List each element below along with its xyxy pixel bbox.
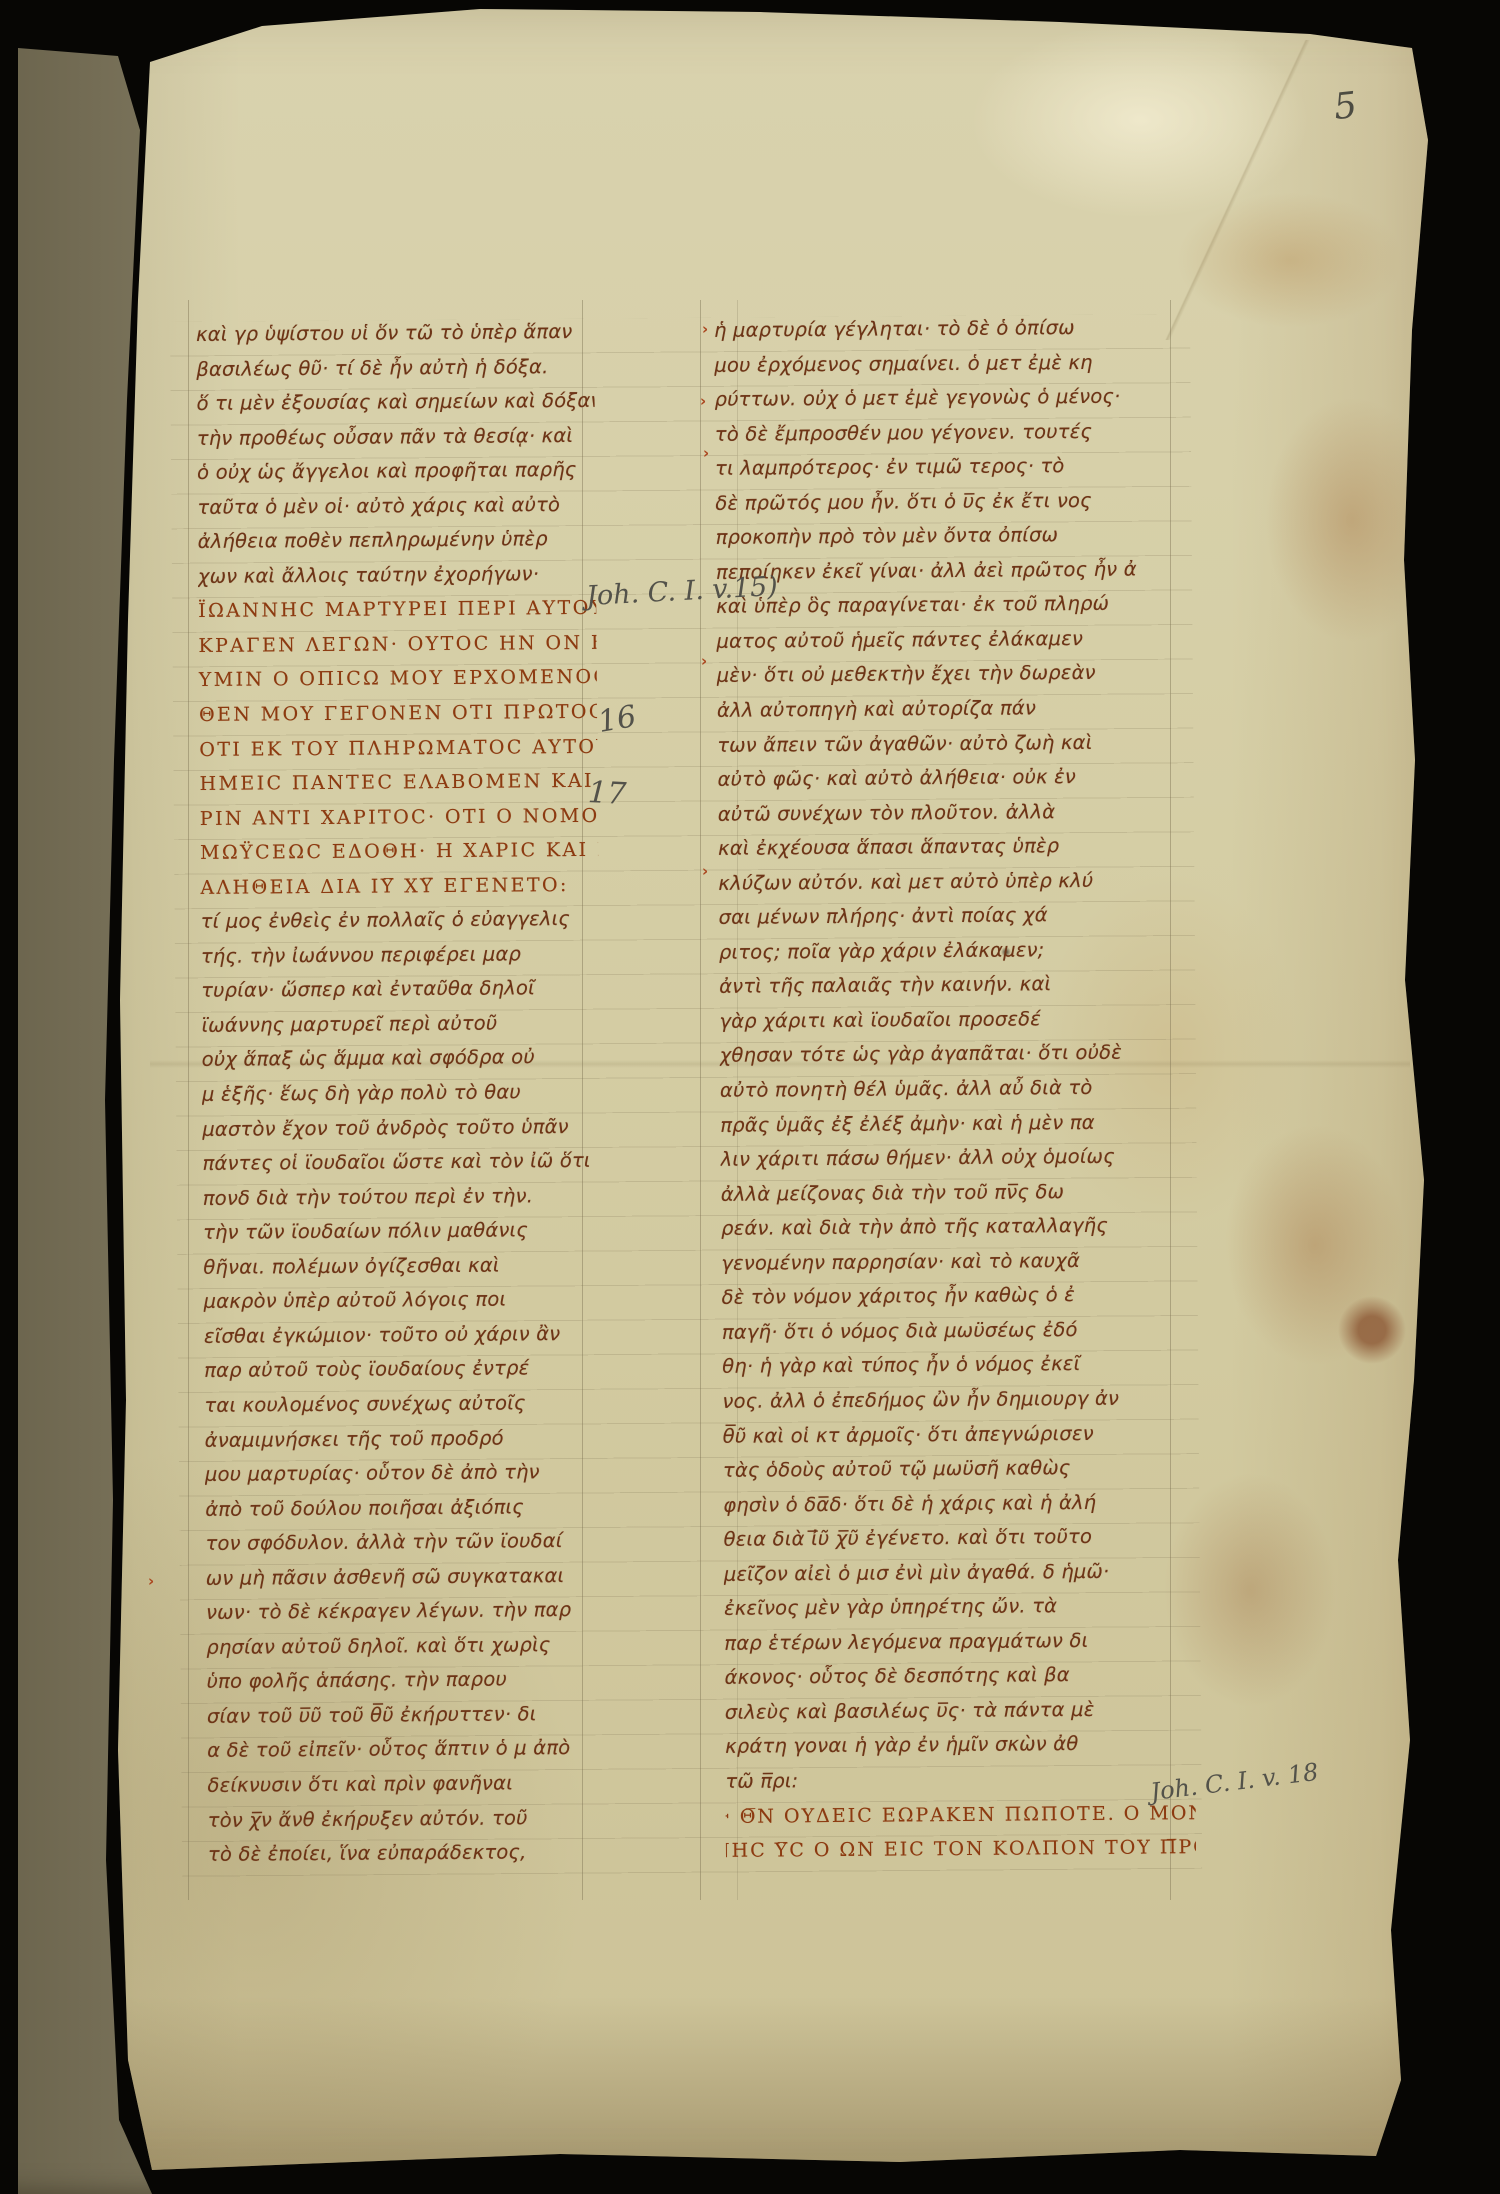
text-line: προκοπὴν πρὸ τὸν μὲν ὄντα ὀπίσω bbox=[716, 517, 1186, 555]
text-line: ΪΩΑΝΝΗϹ ΜΑΡΤΥΡΕΙ ΠΕΡΙ ΑΥΤΟΥ ΚΑΙ ΚΕ bbox=[198, 591, 596, 629]
text-line: κράτη γοναι ἡ γὰρ ἐν ἡμῖν σκὼν ἀθ bbox=[725, 1727, 1195, 1765]
text-line: ὑπο φολῆς ἁπάσης. τὴν παρου bbox=[206, 1662, 604, 1700]
text-line: ☩ Θ̅Ν ΟΥΔΕΙϹ ΕΩΡΑΚΕΝ ΠΩΠΟΤΕ. Ο ΜΟΝΟΓΕ bbox=[714, 1796, 1196, 1834]
text-line: ΝΗϹ Υ̅Ϲ Ο ΩΝ ΕΙϹ ΤΟΝ ΚΟΛΠΟΝ ΤΟΥ Π̅ΡϹ bbox=[714, 1830, 1196, 1868]
text-line: άκονος· οὗτος δὲ δεσπότης καὶ βα bbox=[724, 1657, 1194, 1695]
text-line: λιν χάριτι πάσω θήμεν· ἀλλ οὐχ ὁμοίως bbox=[720, 1139, 1190, 1177]
text-line: καὶ ὑπὲρ ὃς παραγίνεται· ἐκ τοῦ πληρώ bbox=[716, 587, 1186, 625]
text-line: ἀλλὰ μείζονας διὰ τὴν τοῦ πν̅ς δω bbox=[721, 1174, 1191, 1212]
text-line: τον σφόδυλον. ἀλλὰ τὴν τῶν ϊουδαί bbox=[205, 1524, 603, 1562]
text-line: ων μὴ πᾶσιν ἀσθενῆ σῶ συγκατακαι bbox=[206, 1558, 604, 1596]
text-line: ἡ μαρτυρία γέγληται· τὸ δὲ ὁ ὀπίσω bbox=[714, 310, 1184, 348]
text-line: α δὲ τοῦ εἰπεῖν· οὗτος ἅπτιν ὁ μ ἀπὸ bbox=[207, 1731, 605, 1769]
text-line: τὸν χ̅ν ἄνθ ἐκήρυξεν αὐτόν. τοῦ bbox=[208, 1800, 606, 1838]
text-line: δὲ τὸν νόμον χάριτος ἦν καθὼς ὁ ἐ bbox=[721, 1277, 1191, 1315]
text-line: χθησαν τότε ὡς γὰρ ἀγαπᾶται· ὅτι οὐδὲ bbox=[720, 1036, 1190, 1074]
text-line: ΜΩΫϹΕΩϹ ΕΔΟΘΗ· Η ΧΑΡΙϹ ΚΑΙ Η bbox=[200, 833, 598, 871]
text-line: τυρίαν· ὥσπερ καὶ ἐνταῦθα δηλοῖ bbox=[201, 971, 599, 1009]
text-line: θ̅ῦ καὶ οἱ κτ ἀρμοῖς· ὅτι ἀπεγνώρισεν bbox=[723, 1416, 1193, 1454]
text-line: καὶ ἐκχέουσα ἅπασι ἅπαντας ὑπὲρ bbox=[718, 828, 1188, 866]
text-line: τι λαμπρότερος· ἐν τιμῶ τερος· τὸ bbox=[715, 448, 1185, 486]
left-text-column: καὶ γρ ὑψίστου υἱ ὅν τῶ τὸ ὑπὲρ ἅπανβασι… bbox=[196, 315, 606, 1893]
text-line: τὴν τῶν ϊουδαίων πόλιν μαθάνις bbox=[203, 1213, 601, 1251]
text-line: ματος αὐτοῦ ἡμεῖς πάντες ἐλάκαμεν bbox=[716, 621, 1186, 659]
text-line: ΘΕΝ ΜΟΥ ΓΕΓΟΝΕΝ ΟΤΙ ΠΡΩΤΟϹ ΜΟΥ ΗΝ bbox=[199, 695, 597, 733]
manuscript-page: καὶ γρ ὑψίστου υἱ ὅν τῶ τὸ ὑπὲρ ἅπανβασι… bbox=[0, 0, 1500, 2194]
text-line: μεῖζον αἰεὶ ὁ μισ ἐνὶ μὶν ἀγαθά. δ ἡμῶ· bbox=[724, 1554, 1194, 1592]
text-line: πεποίηκεν ἐκεῖ γίναι· ἀλλ ἀεὶ πρῶτος ἦν … bbox=[716, 552, 1186, 590]
text-line: πάντες οἱ ϊουδαῖοι ὥστε καὶ τὸν ἰῶ ὅτι bbox=[202, 1144, 600, 1182]
text-line: γὰρ χάριτι καὶ ϊουδαῖοι προσεδέ bbox=[719, 1001, 1189, 1039]
text-line: φησὶν ὁ δα̅δ· ὅτι δὲ ἡ χάρις καὶ ἡ ἀλή bbox=[723, 1485, 1193, 1523]
text-line: ταῦτα ὁ μὲν οἱ· αὐτὸ χάρις καὶ αὐτὸ bbox=[197, 488, 595, 526]
text-line: πονδ διὰ τὴν τούτου περὶ ἐν τὴν. bbox=[203, 1178, 601, 1216]
text-line: γενομένην παρρησίαν· καὶ τὸ καυχᾶ bbox=[721, 1243, 1191, 1281]
text-line: μ ἑξῆς· ἕως δὴ γὰρ πολὺ τὸ θαυ bbox=[202, 1075, 600, 1113]
text-line: ρεάν. καὶ διὰ τὴν ἀπὸ τῆς καταλλαγῆς bbox=[721, 1208, 1191, 1246]
text-line: χων καὶ ἄλλοις ταύτην ἐχορήγων· bbox=[198, 557, 596, 595]
text-line: ΑΛΗΘΕΙΑ ΔΙΑ ΙΥ̅ ΧΥ̅ ΕΓΕΝΕΤΟ: bbox=[200, 868, 598, 906]
text-line: ἀπὸ τοῦ δούλου ποιῆσαι ἀξιόπις bbox=[205, 1489, 603, 1527]
text-line: ἀντὶ τῆς παλαιᾶς τὴν καινήν. καὶ bbox=[719, 967, 1189, 1005]
text-line: ὅ τι μὲν ἐξουσίας καὶ σημείων καὶ δόξαν bbox=[196, 384, 594, 422]
text-line: εῖσθαι ἐγκώμιον· τοῦτο οὐ χάριν ἂν bbox=[204, 1317, 602, 1355]
text-line: αὐτὸ πονητὴ θέλ ὑμᾶς. ἀλλ αὖ διὰ τὸ bbox=[720, 1070, 1190, 1108]
text-line: τὴν προθέως οὖσαν πᾶν τὰ θεσίᾳ· καὶ bbox=[197, 418, 595, 456]
text-line: σαι μένων πλήρης· ἀντὶ ποίας χά bbox=[719, 897, 1189, 935]
text-line: θῆναι. πολέμων ὀγίζεσθαι καὶ bbox=[203, 1248, 601, 1286]
text-line: μαστὸν ἔχον τοῦ ἀνδρὸς τοῦτο ὑπᾶν bbox=[202, 1109, 600, 1147]
text-line: μου μαρτυρίας· οὗτον δὲ ἀπὸ τὴν bbox=[205, 1455, 603, 1493]
text-line: ρησίαν αὐτοῦ δηλοῖ. καὶ ὅτι χωρὶς bbox=[206, 1628, 604, 1666]
right-text-column: ἡ μαρτυρία γέγληται· τὸ δὲ ὁ ὀπίσωμου ἐρ… bbox=[714, 310, 1196, 1889]
text-line: πρᾶς ὑμᾶς ἐξ ἐλέξ ἀμὴν· καὶ ἡ μὲν πα bbox=[720, 1105, 1190, 1143]
text-line: ΥΜΙΝ Ο ΟΠΙϹΩ ΜΟΥ ΕΡΧΟΜΕΝΟϹ ΕΜΠΡΟϹ bbox=[199, 660, 597, 698]
text-line: τής. τὴν ἰωάννου περιφέρει μαρ bbox=[201, 937, 599, 975]
text-line: κλύζων αὐτόν. καὶ μετ αὐτὸ ὑπὲρ κλύ bbox=[718, 863, 1188, 901]
text-line: αὐτὸ φῶς· καὶ αὐτὸ ἀλήθεια· οὐκ ἐν bbox=[717, 759, 1187, 797]
text-line: ὁ οὐχ ὡς ἄγγελοι καὶ προφῆται παρῆς bbox=[197, 453, 595, 491]
text-line: θεια διὰ ἰ̅ῦ χ̅ῦ ἐγένετο. καὶ ὅτι τοῦτο bbox=[723, 1519, 1193, 1557]
text-line: ριτος; ποῖα γὰρ χάριν ἐλάκαμεν; bbox=[719, 932, 1189, 970]
text-line: οὐχ ἅπαξ ὡς ἅμμα καὶ σφόδρα οὐ bbox=[202, 1040, 600, 1078]
text-line: μου ἐρχόμενος σημαίνει. ὁ μετ ἐμὲ κη bbox=[714, 345, 1184, 383]
text-block: καὶ γρ ὑψίστου υἱ ὅν τῶ τὸ ὑπὲρ ἅπανβασι… bbox=[0, 0, 1500, 2194]
text-line: μὲν· ὅτι οὐ μεθεκτὴν ἔχει τὴν δωρεὰν bbox=[717, 656, 1187, 694]
text-line: των ἄπειν τῶν ἀγαθῶν· αὐτὸ ζωὴ καὶ bbox=[717, 725, 1187, 763]
text-line: τὸ δὲ ἔμπροσθέν μου γέγονεν. τουτές bbox=[715, 414, 1185, 452]
text-line: τὸ δὲ ἐποίει, ἵνα εὐπαράδεκτος, bbox=[208, 1835, 606, 1873]
text-line: τὰς ὁδοὺς αὐτοῦ τῷ μωϋσῆ καθὼς bbox=[723, 1450, 1193, 1488]
text-line: τί μος ἐνθεὶς ἐν πολλαῖς ὁ εὐαγγελις bbox=[201, 902, 599, 940]
text-line: ΗΜΕΙϹ ΠΑΝΤΕϹ ΕΛΑΒΟΜΕΝ ΚΑΙ ΧΑ bbox=[199, 764, 597, 802]
folio-page-number: 5 bbox=[1332, 85, 1359, 128]
text-line: ἐκεῖνος μὲν γὰρ ὑπηρέτης ὤν. τὰ bbox=[724, 1588, 1194, 1626]
text-line: καὶ γρ ὑψίστου υἱ ὅν τῶ τὸ ὑπὲρ ἅπαν bbox=[196, 315, 594, 353]
text-line: βασιλέως θῦ· τί δὲ ἦν αὐτὴ ἡ δόξα. bbox=[196, 349, 594, 387]
text-line: θη· ἡ γὰρ καὶ τύπος ἦν ὁ νόμος ἐκεῖ bbox=[722, 1347, 1192, 1385]
text-line: ΚΡΑΓΕΝ ΛΕΓΩΝ· ΟΥΤΟϹ ΗΝ ΟΝ ΕΙΠΟΝ bbox=[198, 626, 596, 664]
text-line: ϊωάννης μαρτυρεῖ περὶ αὐτοῦ bbox=[201, 1006, 599, 1044]
text-line: ἀναμιμνήσκει τῆς τοῦ προδρό bbox=[205, 1420, 603, 1458]
text-line: ἀλήθεια ποθὲν πεπληρωμένην ὑπὲρ bbox=[198, 522, 596, 560]
text-line: ἀλλ αὐτοπηγὴ καὶ αὐτορίζα πάν bbox=[717, 690, 1187, 728]
text-line: παρ ἑτέρων λεγόμενα πραγμάτων δι bbox=[724, 1623, 1194, 1661]
text-line: μακρὸν ὑπὲρ αὐτοῦ λόγοις ποι bbox=[204, 1282, 602, 1320]
text-line: σιλεὺς καὶ βασιλέως υ̅ς· τὰ πάντα μὲ bbox=[725, 1692, 1195, 1730]
text-line: αὐτῶ συνέχων τὸν πλοῦτον. ἀλλὰ bbox=[718, 794, 1188, 832]
text-line: δείκνυσιν ὅτι καὶ πρὶν φανῆναι bbox=[207, 1766, 605, 1804]
text-line: ρύττων. οὐχ ὁ μετ ἐμὲ γεγονὼς ὁ μένος· bbox=[714, 379, 1184, 417]
text-line: ται κουλομένος συνέχως αὐτοῖς bbox=[204, 1386, 602, 1424]
text-line: δὲ πρῶτός μου ἦν. ὅτι ὁ υ̅ς ἐκ ἔτι νος bbox=[715, 483, 1185, 521]
text-line: ΟΤΙ ΕΚ ΤΟΥ ΠΛΗΡΩΜΑΤΟϹ ΑΥΤΟΥ bbox=[199, 729, 597, 767]
text-line: νων· τὸ δὲ κέκραγεν λέγων. τὴν παρ bbox=[206, 1593, 604, 1631]
text-line: παρ αὐτοῦ τοὺς ϊουδαίους ἐντρέ bbox=[204, 1351, 602, 1389]
text-line: νος. ἀλλ ὁ ἐπεδήμος ὢν ἦν δημιουργ ἀν bbox=[722, 1381, 1192, 1419]
text-line: ΡΙΝ ΑΝΤΙ ΧΑΡΙΤΟϹ· ΟΤΙ Ο ΝΟΜΟϹ ΔΙΑ bbox=[200, 798, 598, 836]
text-line: παγῆ· ὅτι ὁ νόμος διὰ μωϋσέως ἐδό bbox=[722, 1312, 1192, 1350]
text-line: σίαν τοῦ υ̅ῦ τοῦ θ̅ῦ ἐκήρυττεν· δι bbox=[207, 1697, 605, 1735]
text-line: τῶ π̅ρι: bbox=[725, 1761, 1195, 1799]
